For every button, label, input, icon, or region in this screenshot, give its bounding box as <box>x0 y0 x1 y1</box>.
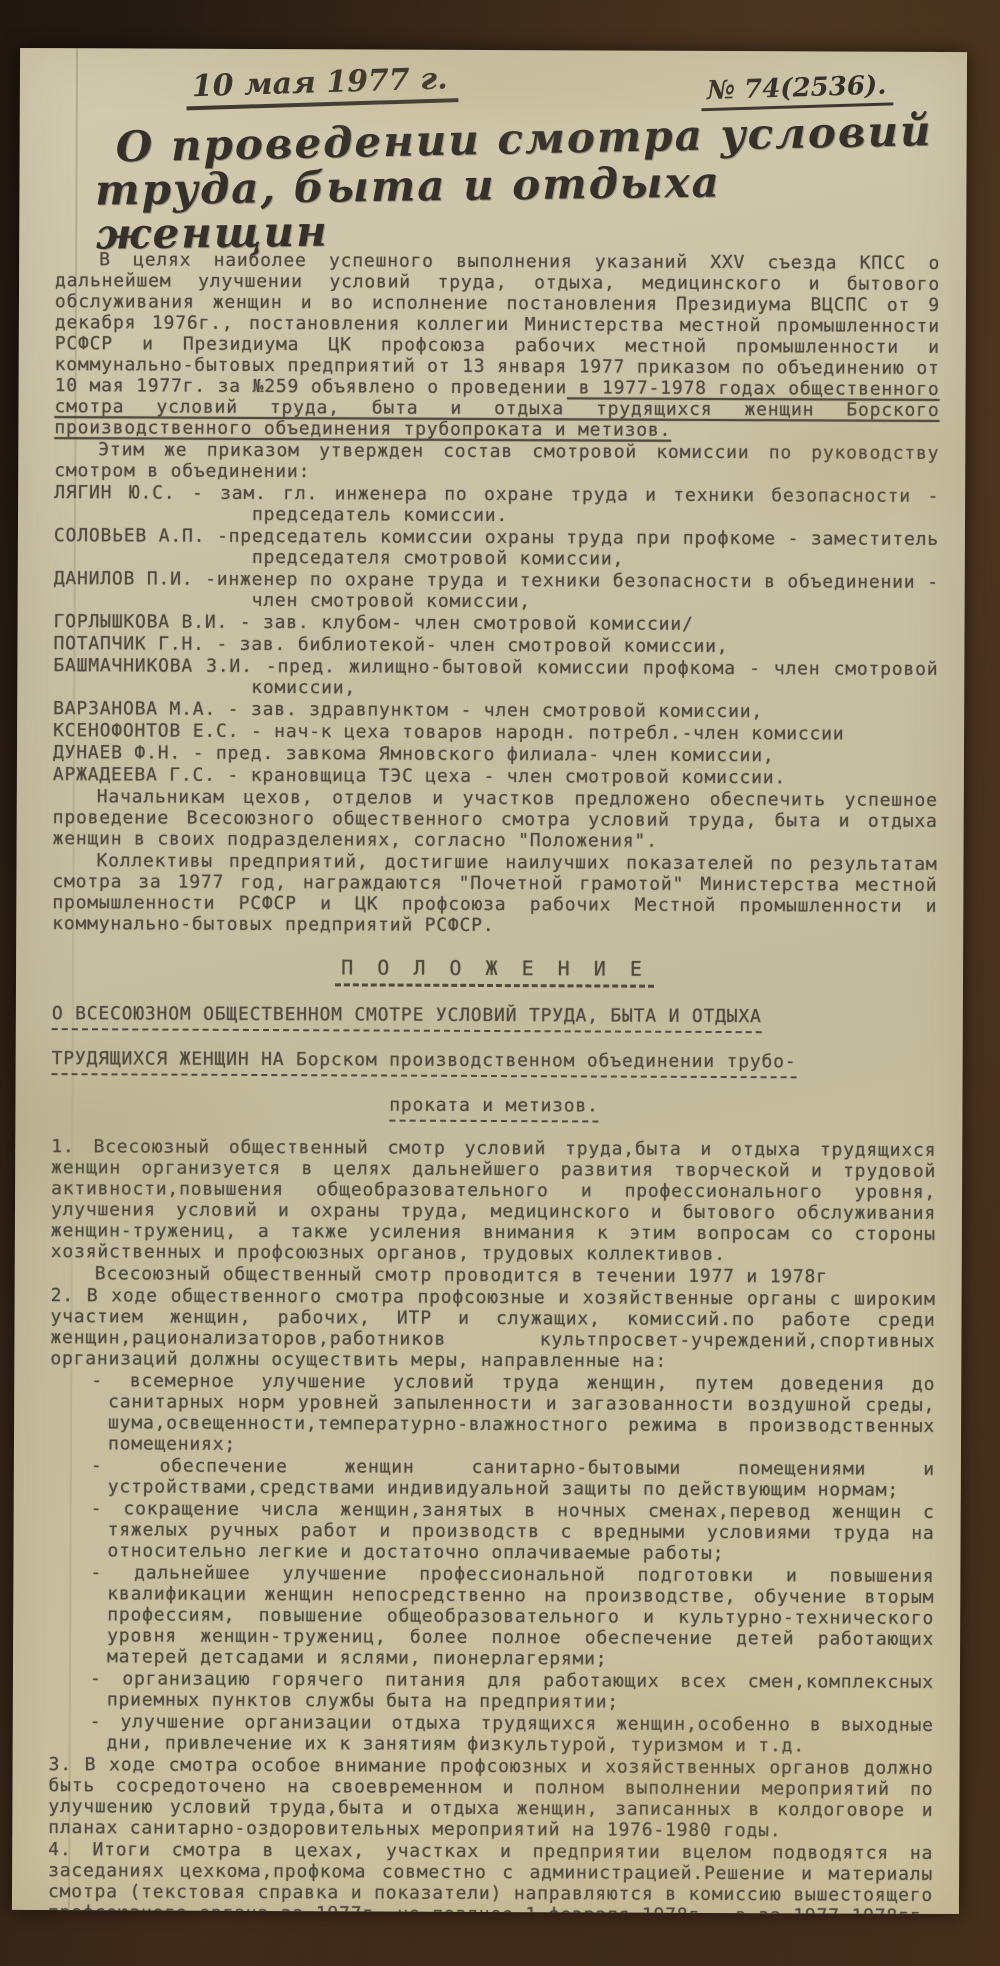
measure-bullet: - дальнейшее улучшение профессиональной … <box>49 1562 934 1671</box>
member-name: ДУНАЕВ Ф.Н. <box>53 742 181 764</box>
commission-member: ГОРЛЫШКОВА В.И. - зав. клубом- член смот… <box>54 611 939 636</box>
measure-bullet: - всемерное улучшение условий труда женщ… <box>50 1370 935 1458</box>
subheading-line3: проката и метизов. <box>51 1093 936 1124</box>
subheading-text: проката и метизов. <box>389 1095 599 1123</box>
measure-bullet: - организацию горячего питания для работ… <box>49 1668 934 1714</box>
member-name: ГОРЛЫШКОВА В.И. <box>54 611 229 633</box>
paragraph-intro: В целях наиболее успешного выполнения ук… <box>54 249 940 442</box>
measure-bullet: - сокращение числа женщин,занятых в ночн… <box>49 1498 934 1565</box>
member-role: - крановщица ТЭС цеха - член смотровой к… <box>227 765 786 788</box>
subheading-text: О ВСЕСОЮЗНОМ ОБЩЕСТВЕННОМ СМОТРЕ УСЛОВИЙ… <box>52 1003 762 1033</box>
subheading-line2: ТРУДЯЩИХСЯ ЖЕНЩИН НА Борском производств… <box>52 1048 937 1079</box>
item-1-note: Всесоюзный общественный смотр проводится… <box>51 1263 936 1288</box>
item-2: 2. В ходе общественного смотра профсоюзн… <box>50 1285 935 1373</box>
paragraph-intro-text: В целях наиболее успешного выполнения ук… <box>55 250 941 399</box>
commission-member: ДУНАЕВ Ф.Н. - пред. завкома Ямновского ф… <box>53 742 938 767</box>
commission-member: ВАРЗАНОВА М.А. - зав. здравпунктом - чле… <box>53 698 938 723</box>
document-content: 10 мая 1977 г. № 74(2536). О проведении … <box>12 48 967 1914</box>
document-page: 10 мая 1977 г. № 74(2536). О проведении … <box>12 48 967 1914</box>
polozhenie-heading-wrap: П О Л О Ж Е Н И Е <box>52 956 937 989</box>
item-3: 3. В ходе смотра особое внимание профсою… <box>48 1754 933 1842</box>
member-role: - нач-к цеха товаров народн. потребл.-чл… <box>251 721 845 745</box>
photo-background: 10 мая 1977 г. № 74(2536). О проведении … <box>0 0 1000 1966</box>
document-number: № 74(2536). <box>701 70 893 111</box>
document-title-line2: труда, быта и отдыха женщин <box>95 158 941 257</box>
document-header: 10 мая 1977 г. № 74(2536). <box>56 60 941 109</box>
member-role: -пред. жилищно-бытовой комиссии профкома… <box>251 656 938 698</box>
member-role: -инженер по охране труда и техники безоп… <box>205 569 939 612</box>
member-name: АРЖАДЕЕВА Г.С. <box>53 764 216 786</box>
item-1: 1. Всесоюзный общественный смотр условий… <box>51 1136 937 1266</box>
member-role: - зав. клубом- член смотровой комиссии/ <box>240 612 694 635</box>
commission-member: БАШМАЧНИКОВА З.И. -пред. жилищно-бытовой… <box>53 655 938 701</box>
measure-bullet: - обеспечение женщин санитарно-бытовыми … <box>50 1455 935 1501</box>
member-role: - зав. здравпунктом - член смотровой ком… <box>228 699 763 722</box>
commission-member: АРЖАДЕЕВА Г.С. - крановщица ТЭС цеха - ч… <box>53 764 938 789</box>
polozhenie-heading: П О Л О Ж Е Н И Е <box>335 958 654 988</box>
member-name: ЛЯГИН Ю.С. <box>54 482 175 504</box>
item-4: 4. Итоги смотра в цехах, участках и пред… <box>48 1839 933 1914</box>
member-name: ДАНИЛОВ П.И. <box>54 568 194 590</box>
member-role: - зам. гл. инженера по охране труда и те… <box>192 483 939 526</box>
subheading-text: ТРУДЯЩИХСЯ ЖЕНЩИН НА Борском производств… <box>52 1048 797 1078</box>
paragraph-commission-intro: Этим же приказом утвержден состав смотро… <box>54 439 939 485</box>
paragraph-chiefs: Начальникам цехов, отделов и участков пр… <box>53 786 938 853</box>
commission-member: ЛЯГИН Ю.С. - зам. гл. инженера по охране… <box>54 482 939 528</box>
member-role: - пред. завкома Ямновского филиала- член… <box>193 743 775 767</box>
measure-bullet: - улучшение организации отдыха трудящихс… <box>49 1711 934 1757</box>
commission-member: СОЛОВЬЕВ А.П. -председатель комиссии охр… <box>54 525 939 571</box>
member-name: БАШМАЧНИКОВА З.И. <box>53 655 252 677</box>
member-name: КСЕНОФОНТОВ Е.С. <box>53 720 239 742</box>
member-name: ПОТАПЧИК Г.Н. <box>53 633 204 655</box>
commission-member: КСЕНОФОНТОВ Е.С. - нач-к цеха товаров на… <box>53 720 938 745</box>
commission-member: ПОТАПЧИК Г.Н. - зав. библиотекой- член с… <box>53 633 938 658</box>
commission-member: ДАНИЛОВ П.И. -инженер по охране труда и … <box>54 568 939 614</box>
member-name: СОЛОВЬЕВ А.П. <box>54 525 205 547</box>
member-role: - зав. библиотекой- член смотровой комис… <box>216 634 728 657</box>
handwritten-date: 10 мая 1977 г. <box>185 61 458 110</box>
subheading-line1: О ВСЕСОЮЗНОМ ОБЩЕСТВЕННОМ СМОТРЕ УСЛОВИЙ… <box>52 1003 937 1034</box>
member-role: -председатель комиссии охраны труда при … <box>217 526 939 570</box>
member-name: ВАРЗАНОВА М.А. <box>53 698 216 720</box>
paragraph-awards: Коллективы предприятий, достигшие наилуч… <box>52 850 937 938</box>
